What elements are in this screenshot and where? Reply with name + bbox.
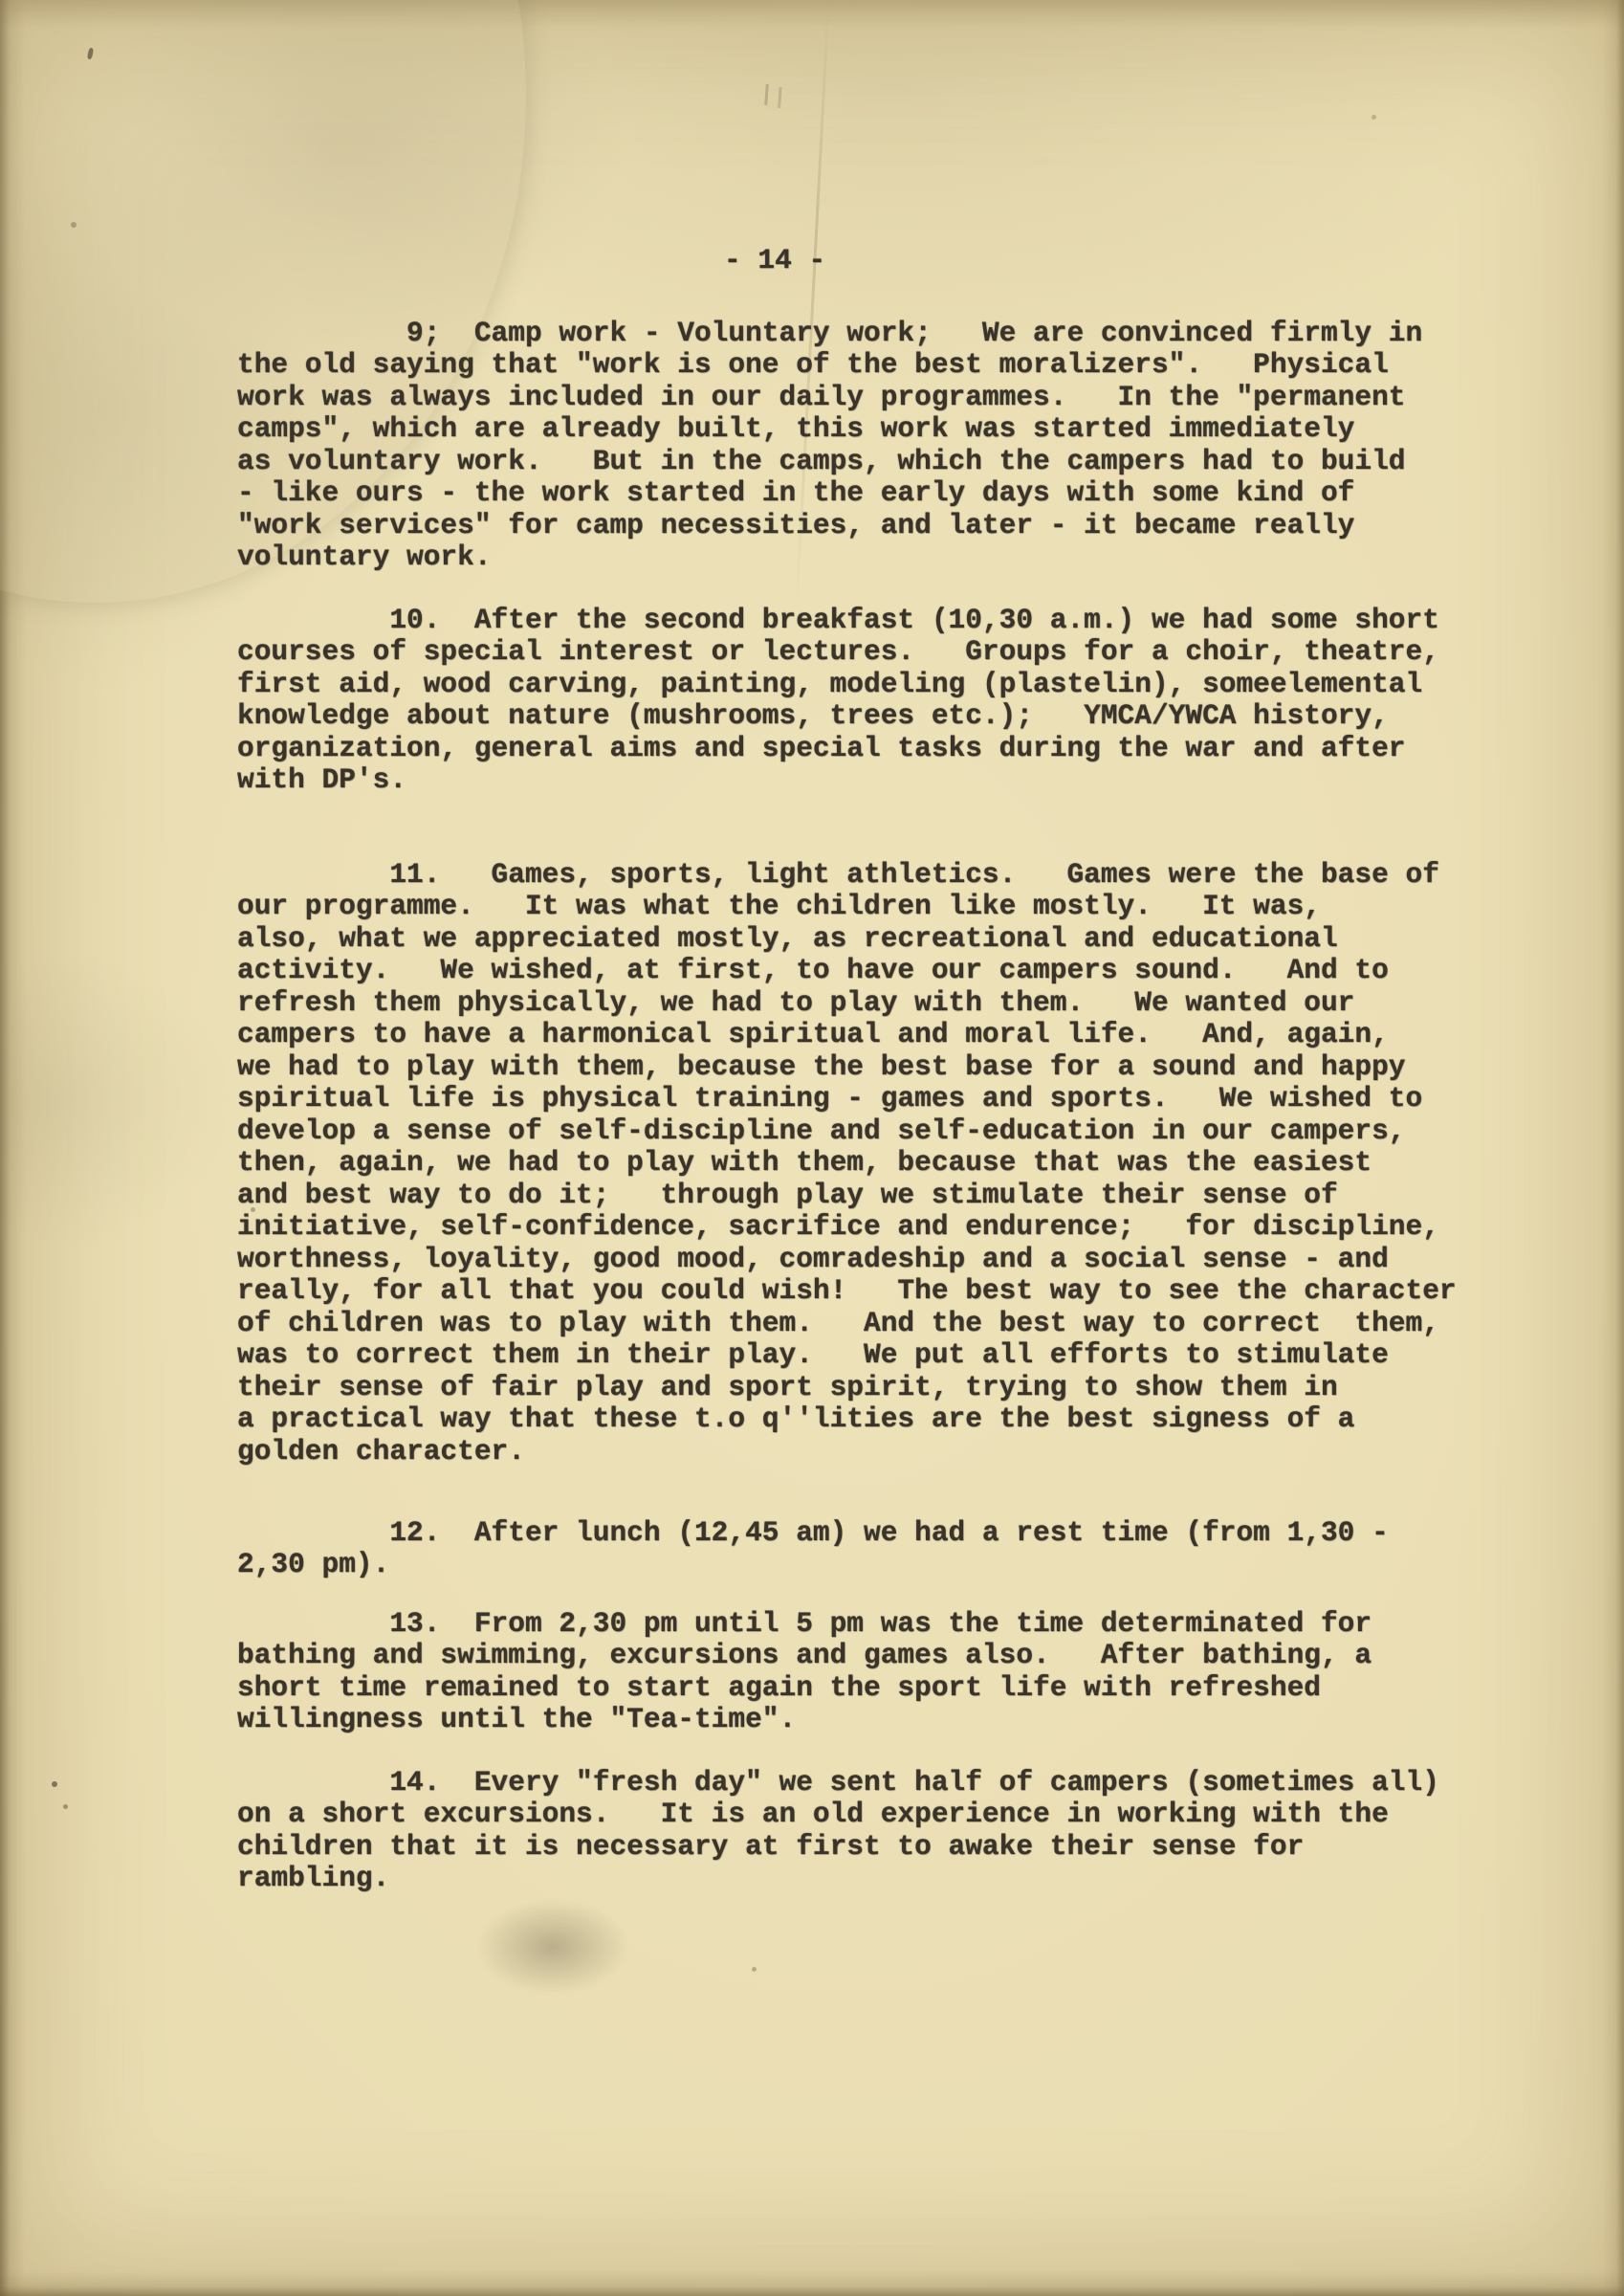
ink-smudge (476, 1899, 629, 1995)
paper-speck (87, 48, 94, 60)
paper-speck (71, 222, 77, 228)
paragraph-12: 12. After lunch (12,45 am) we had a rest… (237, 1517, 1389, 1581)
page-number: - 14 - (724, 245, 825, 277)
pencil-marks (764, 84, 769, 105)
paper-speck (752, 1967, 757, 1972)
paragraph-13: 13. From 2,30 pm until 5 pm was the time… (237, 1608, 1372, 1736)
paragraph-9: 9; Camp work - Voluntary work; We are co… (237, 318, 1422, 574)
paragraph-14: 14. Every "fresh day" we sent half of ca… (237, 1767, 1439, 1895)
paper-speck (52, 1781, 57, 1787)
paper-speck (63, 1804, 68, 1809)
paragraph-10: 10. After the second breakfast (10,30 a.… (237, 605, 1439, 797)
paragraph-11: 11. Games, sports, light athletics. Game… (237, 859, 1457, 1468)
document-page: - 14 - 9; Camp work - Voluntary work; We… (0, 0, 1624, 2296)
paper-speck (1372, 115, 1376, 120)
